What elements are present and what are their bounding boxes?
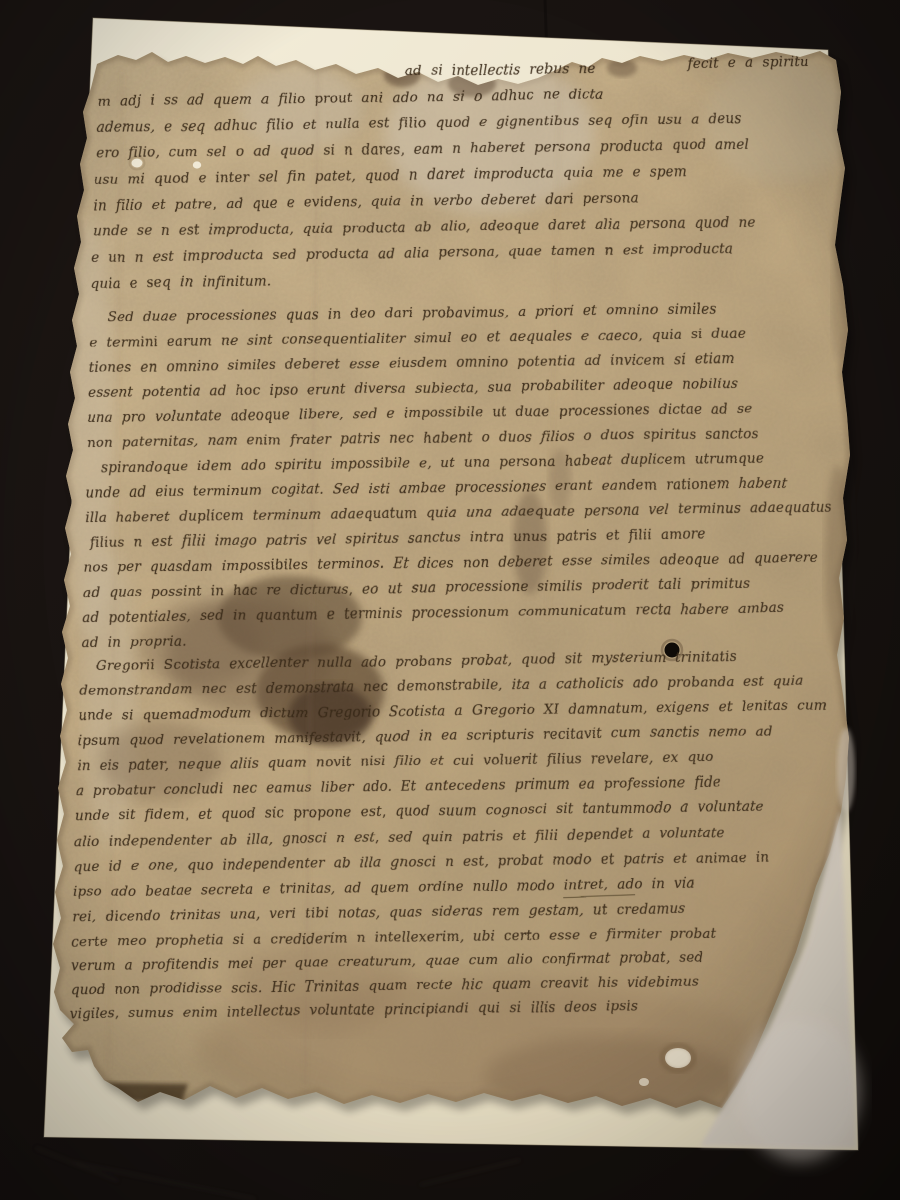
manuscript-photo — [0, 0, 900, 1200]
photo-stage: ad si intellectis rebus nefecit e a spir… — [0, 0, 900, 1200]
worm-hole — [662, 640, 682, 660]
